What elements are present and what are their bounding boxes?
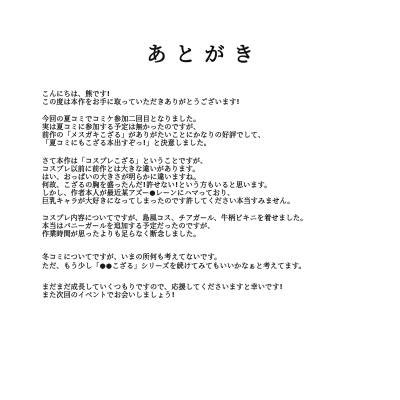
text-line: コスプレ以前に前作とは大きな違いがあります。 — [42, 165, 380, 173]
text-line: 作業時間が思ったよりも足らなく断念しました。 — [42, 230, 380, 238]
text-line: また次回のイベントでお会いしましょう! — [42, 291, 380, 299]
text-line: 冬コミについてですが、いまの所何も考えてないです。 — [42, 253, 380, 261]
text-line: さて本作は「コスプレこざる」ということですが、 — [42, 157, 380, 165]
paragraph-cosplay-content: コスプレ内容についてですが、島風コス、チアガール、牛柄ビキニを着せました。 本当… — [42, 214, 380, 238]
text-line: 「夏コミにもこざる本出すぞっ!」と決意しました。 — [42, 139, 380, 147]
text-line: こんにちは、熊です! — [42, 90, 380, 98]
paragraph-winter-comiket: 冬コミについてですが、いまの所何も考えてないです。 ただ、もう少し「●●こざる」… — [42, 253, 380, 269]
afterword-page: あとがき こんにちは、熊です! この度は本作をお手に取っていただきありがとうござ… — [0, 0, 400, 400]
text-line: はい、おっぱいの大きさが明らかに違いますね。 — [42, 173, 380, 181]
text-line: 巨乳キャラが大好きになってしまったのです許してください本当すみません。 — [42, 197, 380, 205]
text-line: 何故、こざるの胸を盛ったんだ!許せない!という方もいると思います。 — [42, 181, 380, 189]
paragraph-comiket: 今回の夏コミでコミケ参加二回目となりました。 実は夏コミに参加する予定は無かった… — [42, 115, 380, 147]
page-title: あとがき — [0, 38, 400, 67]
text-line: コスプレ内容についてですが、島風コス、チアガール、牛柄ビキニを着せました。 — [42, 214, 380, 222]
paragraph-greeting: こんにちは、熊です! この度は本作をお手に取っていただきありがとうございます! — [42, 90, 380, 106]
text-line: まだまだ成長していくつもりですので、応援してくださいますと幸いです! — [42, 283, 380, 291]
paragraph-closing: まだまだ成長していくつもりですので、応援してくださいますと幸いです! また次回の… — [42, 283, 380, 299]
body-text: こんにちは、熊です! この度は本作をお手に取っていただきありがとうございます! … — [42, 90, 380, 308]
text-line: しかし、作者本人が最近某アズー●レーンにハマっており、 — [42, 189, 380, 197]
text-line: この度は本作をお手に取っていただきありがとうございます! — [42, 98, 380, 106]
paragraph-about-work: さて本作は「コスプレこざる」ということですが、 コスプレ以前に前作とは大きな違い… — [42, 157, 380, 206]
text-line: ただ、もう少し「●●こざる」シリーズを続けてみてもいいかなぁと考えてます。 — [42, 262, 380, 270]
